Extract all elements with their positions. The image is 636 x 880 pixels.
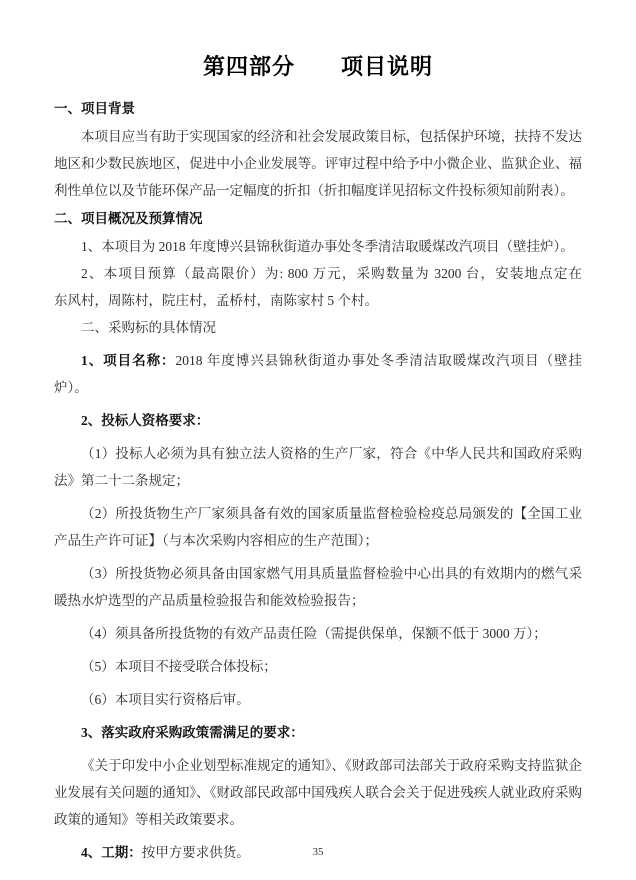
qualification-item-4: （4）须具备所投货物的有效产品责任险（需提供保单，保额不低于 3000 万）； xyxy=(54,620,582,647)
overview-item-2: 2、本项目预算（最高限价）为: 800 万元，采购数量为 3200 台，安装地点… xyxy=(54,260,582,314)
qualification-item-5: （5）本项目不接受联合体投标； xyxy=(54,653,582,680)
project-name-label: 1、项目名称： xyxy=(81,353,176,368)
qualification-item-3: （3）所投货物必须具备由国家燃气用具质量监督检验中心出具的有效期内的燃气采暖热水… xyxy=(54,560,582,614)
page-number: 35 xyxy=(0,846,636,858)
qualification-heading: 2、投标人资格要求： xyxy=(54,407,582,434)
qualification-item-2: （2）所投货物生产厂家须具备有效的国家质量监督检验检疫总局颁发的【全国工业产品生… xyxy=(54,500,582,554)
policy-paragraph: 《关于印发中小企业划型标准规定的通知》、《财政部司法部关于政府采购支持监狱企业发… xyxy=(54,752,582,833)
overview-item-1: 1、本项目为 2018 年度博兴县锦秋街道办事处冬季清洁取暖煤改汽项目（壁挂炉）… xyxy=(54,233,582,260)
policy-heading: 3、落实政府采购政策需满足的要求： xyxy=(54,719,582,746)
section-heading-overview: 二、项目概况及预算情况 xyxy=(54,205,582,232)
section-heading-background: 一、项目背景 xyxy=(54,95,582,122)
qualification-item-6: （6）本项目实行资格后审。 xyxy=(54,686,582,713)
document-page: 第四部分 项目说明 一、项目背景 本项目应当有助于实现国家的经济和社会发展政策目… xyxy=(0,0,636,880)
document-title: 第四部分 项目说明 xyxy=(54,50,582,81)
background-paragraph: 本项目应当有助于实现国家的经济和社会发展政策目标，包括保护环境，扶持不发达地区和… xyxy=(54,123,582,204)
procurement-subheading: 二、采购标的具体情况 xyxy=(54,314,582,341)
project-name-paragraph: 1、项目名称：2018 年度博兴县锦秋街道办事处冬季清洁取暖煤改汽项目（壁挂炉）… xyxy=(54,347,582,401)
qualification-item-1: （1）投标人必须为具有独立法人资格的生产厂家，符合《中华人民共和国政府采购法》第… xyxy=(54,440,582,494)
